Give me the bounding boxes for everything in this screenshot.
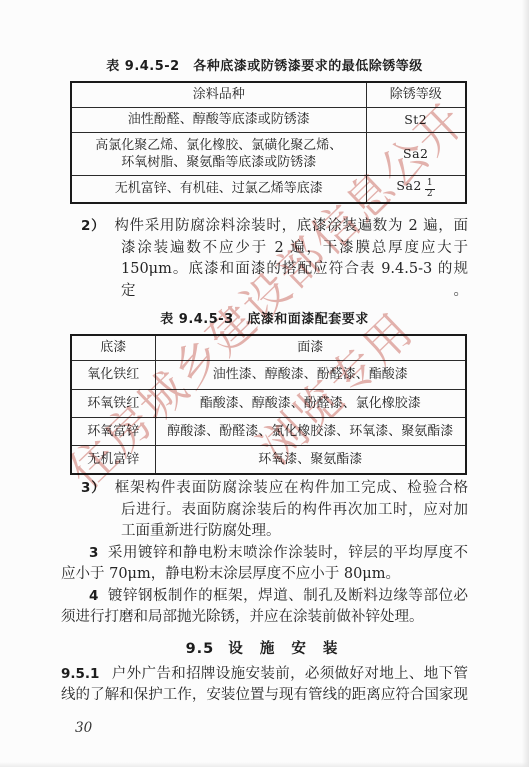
coating-kind-cell: 高氯化聚乙烯、氯化橡胶、氯磺化聚乙烯、 环氧树脂、聚氨酯等底漆或防锈漆: [71, 132, 366, 175]
table-row: 无机富锌、有机硅、过氯乙烯等底漆 Sa212: [71, 175, 466, 203]
topcoat-cell: 酯酸漆、醇酸漆、酚醛漆、氯化橡胶漆: [155, 389, 466, 417]
item-marker: 3: [89, 545, 98, 561]
primer-cell: 无机富锌: [71, 445, 155, 474]
clause-marker: 2）: [81, 218, 105, 234]
item-4-paragraph: 4镀锌钢板制作的框架，焊道、制孔及断料边缘等部位必 须进行打磨和局部抛光除锈，并…: [61, 586, 468, 629]
line-text: 框架构件表面防腐涂装应在构件加工完成、检验合格: [115, 480, 468, 496]
document-page: 住房城乡建设部信息公开 浏览专用 表 9.4.5-2 各种底漆或防锈漆要求的最低…: [0, 0, 529, 767]
paragraph-line: 150μm。底漆和面漆的搭配应符合表 9.4.5-3 的规定。: [61, 259, 468, 302]
grade-fraction: 12: [425, 179, 435, 200]
table-row: 环氧铁红 酯酸漆、醇酸漆、酚醛漆、氯化橡胶漆: [71, 389, 466, 417]
grade-cell: Sa2: [366, 132, 466, 175]
paragraph-line: 工面重新进行防腐处理。: [61, 521, 468, 543]
paragraph-line: 9.5.1户外广告和招牌设施安装前，必须做好对地上、地下管: [61, 664, 468, 686]
paragraph-line: 应小于 70μm，静电粉末涂层厚度不应小于 80μm。: [61, 564, 468, 586]
table2-col2-header: 面漆: [155, 335, 466, 360]
primer-cell: 氧化铁红: [71, 360, 155, 389]
grade-cell: St2: [366, 107, 466, 132]
line-text: 户外广告和招牌设施安装前，必须做好对地上、地下管: [111, 666, 468, 682]
table-row: 无机富锌 环氧漆、聚氨酯漆: [71, 445, 466, 474]
clause-marker: 3）: [81, 480, 106, 496]
fraction-denominator: 2: [425, 190, 435, 200]
page-content: 表 9.4.5-2 各种底漆或防锈漆要求的最低除锈等级 涂料品种 除锈等级 油性…: [61, 0, 468, 736]
table1-col1-header: 涂料品种: [71, 82, 366, 107]
table-row: 环氧富锌 醇酸漆、酚醛漆、氯化橡胶漆、环氧漆、聚氨酯漆: [71, 417, 466, 445]
paragraph-line: 须进行打磨和局部抛光除锈，并应在涂装前做补锌处理。: [61, 607, 468, 629]
coating-kind-cell: 油性酚醛、醇酸等底漆或防锈漆: [71, 107, 366, 132]
paragraph-line: 2）构件采用防腐涂料涂装时，底漆涂装遍数为 2 遍，面: [61, 216, 468, 238]
table-header-row: 涂料品种 除锈等级: [71, 82, 466, 107]
table-row: 油性酚醛、醇酸等底漆或防锈漆 St2: [71, 107, 466, 132]
line-text: 构件采用防腐涂料涂装时，底漆涂装遍数为 2 遍，面: [114, 218, 468, 234]
paragraph-line: 3）框架构件表面防腐涂装应在构件加工完成、检验合格: [61, 478, 468, 500]
item-marker: 4: [89, 588, 98, 604]
paragraph-line: 线的了解和保护工作，安装位置与现有管线的距离应符合国家现: [61, 685, 468, 707]
section-heading: 9.5设 施 安 装: [61, 636, 468, 662]
primer-cell: 环氧富锌: [71, 417, 155, 445]
clause-3-sub-paragraph: 3）框架构件表面防腐涂装应在构件加工完成、检验合格 后进行。表面防腐涂装后的构件…: [61, 478, 468, 543]
table-primer-topcoat-matching: 底漆 面漆 氧化铁红 油性漆、醇酸漆、酚醛漆、酯酸漆 环氧铁红 酯酸漆、醇酸漆、…: [70, 334, 467, 475]
paragraph-line: 后进行。表面防腐涂装后的构件再次加工时，应对加: [61, 500, 468, 522]
topcoat-cell: 油性漆、醇酸漆、酚醛漆、酯酸漆: [155, 360, 466, 389]
clause-951-paragraph: 9.5.1户外广告和招牌设施安装前，必须做好对地上、地下管 线的了解和保护工作，…: [61, 664, 468, 707]
table-rust-removal-grades: 涂料品种 除锈等级 油性酚醛、醇酸等底漆或防锈漆 St2 高氯化聚乙烯、氯化橡胶…: [70, 81, 467, 204]
item-3-paragraph: 3采用镀锌和静电粉末喷涂作涂装时，锌层的平均厚度不 应小于 70μm，静电粉末涂…: [61, 543, 468, 586]
clause-2-paragraph: 2）构件采用防腐涂料涂装时，底漆涂装遍数为 2 遍，面 漆涂装遍数不应少于 2 …: [61, 216, 468, 302]
paragraph-line: 漆涂装遍数不应少于 2 遍，干漆膜总厚度应大于: [61, 238, 468, 260]
section-label: 设 施 安 装: [228, 641, 343, 657]
table-row: 氧化铁红 油性漆、醇酸漆、酚醛漆、酯酸漆: [71, 360, 466, 389]
line-text: 采用镀锌和静电粉末喷涂作涂装时，锌层的平均厚度不: [107, 545, 468, 561]
table2-col1-header: 底漆: [71, 335, 155, 360]
paragraph-line: 3采用镀锌和静电粉末喷涂作涂装时，锌层的平均厚度不: [61, 543, 468, 565]
page-number: 30: [61, 720, 468, 736]
table-header-row: 底漆 面漆: [71, 335, 466, 360]
table1-title: 表 9.4.5-2 各种底漆或防锈漆要求的最低除锈等级: [61, 58, 468, 76]
grade-cell: Sa212: [366, 175, 466, 203]
topcoat-cell: 醇酸漆、酚醛漆、氯化橡胶漆、环氧漆、聚氨酯漆: [155, 417, 466, 445]
section-number: 9.5: [186, 641, 215, 657]
line-text: 镀锌钢板制作的框架，焊道、制孔及断料边缘等部位必: [107, 588, 468, 604]
paragraph-line: 4镀锌钢板制作的框架，焊道、制孔及断料边缘等部位必: [61, 586, 468, 608]
topcoat-cell: 环氧漆、聚氨酯漆: [155, 445, 466, 474]
primer-cell: 环氧铁红: [71, 389, 155, 417]
table2-title: 表 9.4.5-3 底漆和面漆配套要求: [61, 311, 468, 329]
table-row: 高氯化聚乙烯、氯化橡胶、氯磺化聚乙烯、 环氧树脂、聚氨酯等底漆或防锈漆 Sa2: [71, 132, 466, 175]
coating-kind-cell: 无机富锌、有机硅、过氯乙烯等底漆: [71, 175, 366, 203]
table1-col2-header: 除锈等级: [366, 82, 466, 107]
kind-line-2: 环氧树脂、聚氨酯等底漆或防锈漆: [121, 155, 316, 170]
kind-line-1: 高氯化聚乙烯、氯化橡胶、氯磺化聚乙烯、: [95, 138, 342, 153]
grade-prefix: Sa2: [396, 178, 421, 193]
clause-marker: 9.5.1: [61, 666, 99, 682]
